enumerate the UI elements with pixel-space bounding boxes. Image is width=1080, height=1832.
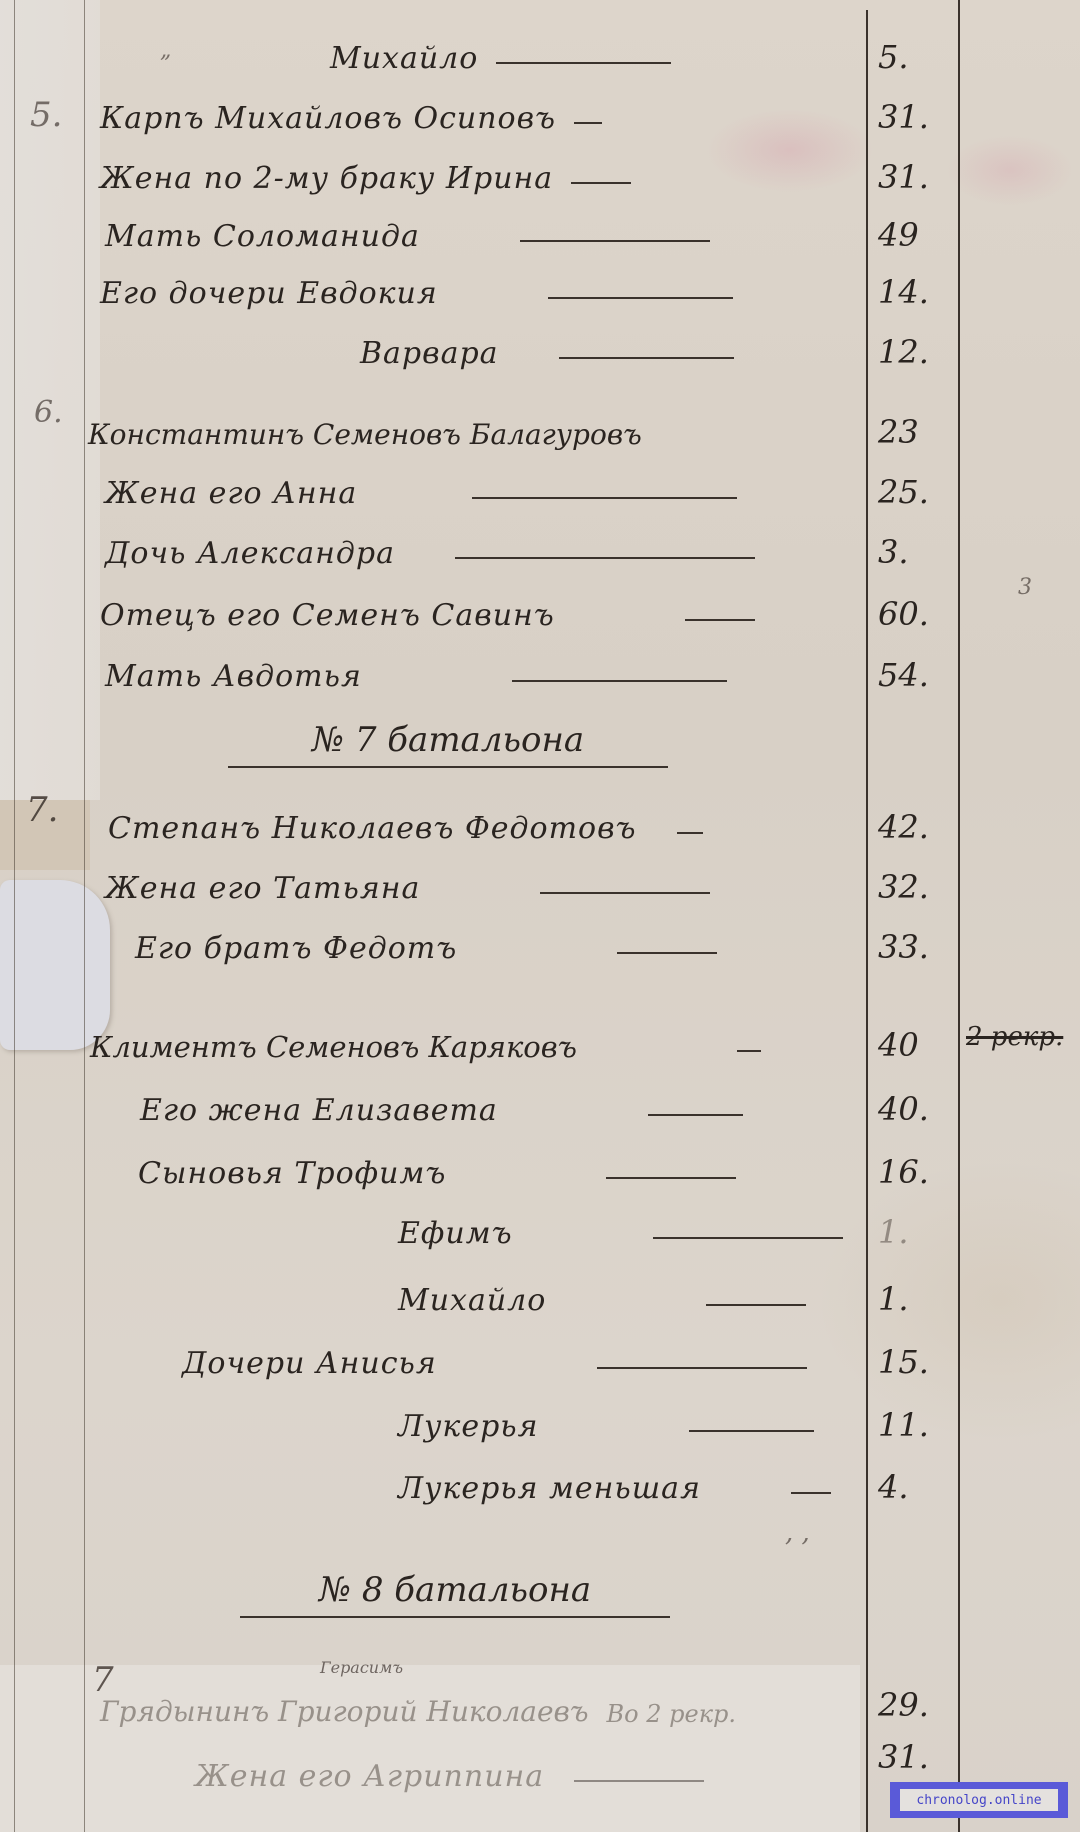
entry-row: Карпъ Михайловъ Осиповъ (100, 80, 602, 136)
entry-name: Дочери Анисья (182, 1346, 437, 1381)
entry-dash (689, 1430, 814, 1432)
entry-age: 33. (878, 910, 948, 966)
entry-row: Михайло (330, 20, 671, 76)
entry-name: Михайло (330, 41, 478, 76)
entry-dash (540, 892, 710, 894)
entry-row: Лукерья меньшая (398, 1450, 831, 1506)
entry-dash (548, 297, 733, 299)
document-page: 5. 6. 7. 7 3 „ Михайло 5. Карпъ Михайлов… (0, 0, 1080, 1832)
entry-name: Константинъ Семеновъ Балагуровъ (88, 418, 642, 451)
watermark-text: chronolog.online (900, 1789, 1058, 1811)
entry-row: Сыновья Трофимъ (138, 1135, 736, 1191)
entry-name: Жена по 2-му браку Ирина (100, 161, 553, 196)
entry-row: Лукерья (398, 1388, 814, 1444)
entry-row: Михайло (398, 1262, 806, 1318)
entry-dash (648, 1114, 743, 1116)
entry-age-faded: 1. (878, 1195, 948, 1251)
section-heading-text: № 7 батальона (312, 720, 584, 760)
entry-row: Его дочери Евдокия (100, 255, 733, 311)
entry-row: Мать Соломанида (105, 198, 710, 254)
entry-name: Карпъ Михайловъ Осиповъ (100, 101, 556, 136)
entry-age: 31. (878, 80, 948, 136)
entry-row: Ефимъ (398, 1195, 843, 1251)
entry-dash (574, 1780, 704, 1782)
entry-age: 40 (878, 1008, 948, 1064)
section-heading-battalion-7: № 7 батальона (228, 720, 668, 768)
entry-name: Мать Авдотья (105, 659, 362, 694)
entry-age: 32. (878, 850, 948, 906)
entry-row: Дочери Анисья (182, 1325, 807, 1381)
entry-dash (597, 1367, 807, 1369)
entry-dash (737, 1050, 761, 1052)
entry-dash (617, 952, 717, 954)
entry-dash (512, 680, 727, 682)
entry-dash (706, 1304, 806, 1306)
ditto-mark: „ (160, 38, 171, 63)
entry-dash (571, 182, 631, 184)
entry-dash (559, 357, 734, 359)
entry-dash (685, 619, 755, 621)
entry-row: Дочь Александра (105, 515, 755, 571)
entry-age: 4. (878, 1450, 948, 1506)
entry-name: Климентъ Семеновъ Каряковъ (90, 1030, 577, 1064)
entry-name: Его братъ Федотъ (135, 931, 457, 966)
remark-recruit: 2 рекр. (966, 1022, 1063, 1052)
entry-dash (606, 1177, 736, 1179)
entry-dash (791, 1492, 831, 1494)
entry-name: Грядынинъ Григорий Николаевъ (100, 1695, 589, 1728)
entry-name: Дочь Александра (105, 536, 395, 571)
entry-row: Жена его Анна (105, 455, 737, 511)
entry-row: Климентъ Семеновъ Каряковъ (90, 1008, 761, 1064)
entry-dash (574, 122, 602, 124)
ditto-mark: , , (785, 1518, 810, 1548)
entry-age: 14. (878, 255, 948, 311)
entry-name: Сыновья Трофимъ (138, 1156, 446, 1191)
entry-dash (496, 62, 671, 64)
entry-name: Жена его Татьяна (105, 871, 420, 906)
entry-age: 11. (878, 1388, 948, 1444)
entry-row: Его братъ Федотъ (135, 910, 717, 966)
section-underline (240, 1616, 670, 1618)
entry-name: Его жена Елизавета (140, 1093, 498, 1128)
household-number-7: 7. (26, 790, 58, 830)
entry-age: 5. (878, 20, 948, 76)
section-underline (228, 766, 668, 768)
entry-row: Жена его Татьяна (105, 850, 710, 906)
entry-name: Михайло (398, 1283, 546, 1318)
entry-age: 23 (878, 395, 948, 451)
stray-mark: 3 (1018, 575, 1032, 600)
household-number-5: 5. (30, 95, 62, 135)
entry-name: Мать Соломанида (105, 219, 420, 254)
entry-name: Отецъ его Семенъ Савинъ (100, 598, 555, 633)
entry-dash (520, 240, 710, 242)
entry-row-faded: Жена его Агриппина (195, 1738, 704, 1794)
entry-age: 60. (878, 577, 948, 633)
entry-name: Лукерья (398, 1409, 539, 1444)
entry-name: Его дочери Евдокия (100, 276, 438, 311)
entry-age: 3. (878, 515, 948, 571)
entry-age: 49 (878, 198, 948, 254)
section-heading-battalion-8: № 8 батальона (240, 1570, 670, 1618)
entry-age: 12. (878, 315, 948, 371)
entry-row-faded: Грядынинъ Григорий Николаевъ Во 2 рекр. (100, 1672, 736, 1728)
entry-dash (455, 557, 755, 559)
entry-name: Варвара (360, 336, 499, 371)
entry-name: Жена его Агриппина (195, 1759, 544, 1794)
entry-dash (677, 832, 703, 834)
margin-rule-outer (14, 0, 15, 1832)
entry-name: Ефимъ (398, 1216, 513, 1251)
entry-row: Константинъ Семеновъ Балагуровъ (88, 395, 642, 451)
entry-row: Мать Авдотья (105, 638, 727, 694)
entry-note: Во 2 рекр. (607, 1700, 737, 1728)
entry-row: Жена по 2-му браку Ирина (100, 140, 631, 196)
entry-age: 40. (878, 1072, 948, 1128)
household-number-6: 6. (34, 395, 63, 430)
age-column-rule-left (866, 10, 868, 1832)
entry-age: 42. (878, 790, 948, 846)
entry-dash (653, 1237, 843, 1239)
margin-rule-inner (84, 0, 85, 1832)
entry-name: Степанъ Николаевъ Федотовъ (108, 811, 637, 846)
entry-age: 25. (878, 455, 948, 511)
watermark-badge: chronolog.online (890, 1782, 1068, 1818)
entry-dash (472, 497, 737, 499)
entry-age: 54. (878, 638, 948, 694)
section-heading-text: № 8 батальона (319, 1570, 591, 1610)
age-column-rule-right (958, 0, 960, 1832)
entry-age: 16. (878, 1135, 948, 1191)
entry-age: 15. (878, 1325, 948, 1381)
entry-age: 31. (878, 140, 948, 196)
entry-row: Варвара (360, 315, 734, 371)
entry-age: 31. (878, 1720, 948, 1776)
entry-age: 1. (878, 1262, 948, 1318)
entry-name: Лукерья меньшая (398, 1471, 701, 1506)
entry-row: Отецъ его Семенъ Савинъ (100, 577, 755, 633)
entry-age: 29. (878, 1668, 948, 1724)
entry-row: Его жена Елизавета (140, 1072, 743, 1128)
entry-row: Степанъ Николаевъ Федотовъ (108, 790, 703, 846)
entry-name: Жена его Анна (105, 476, 357, 511)
